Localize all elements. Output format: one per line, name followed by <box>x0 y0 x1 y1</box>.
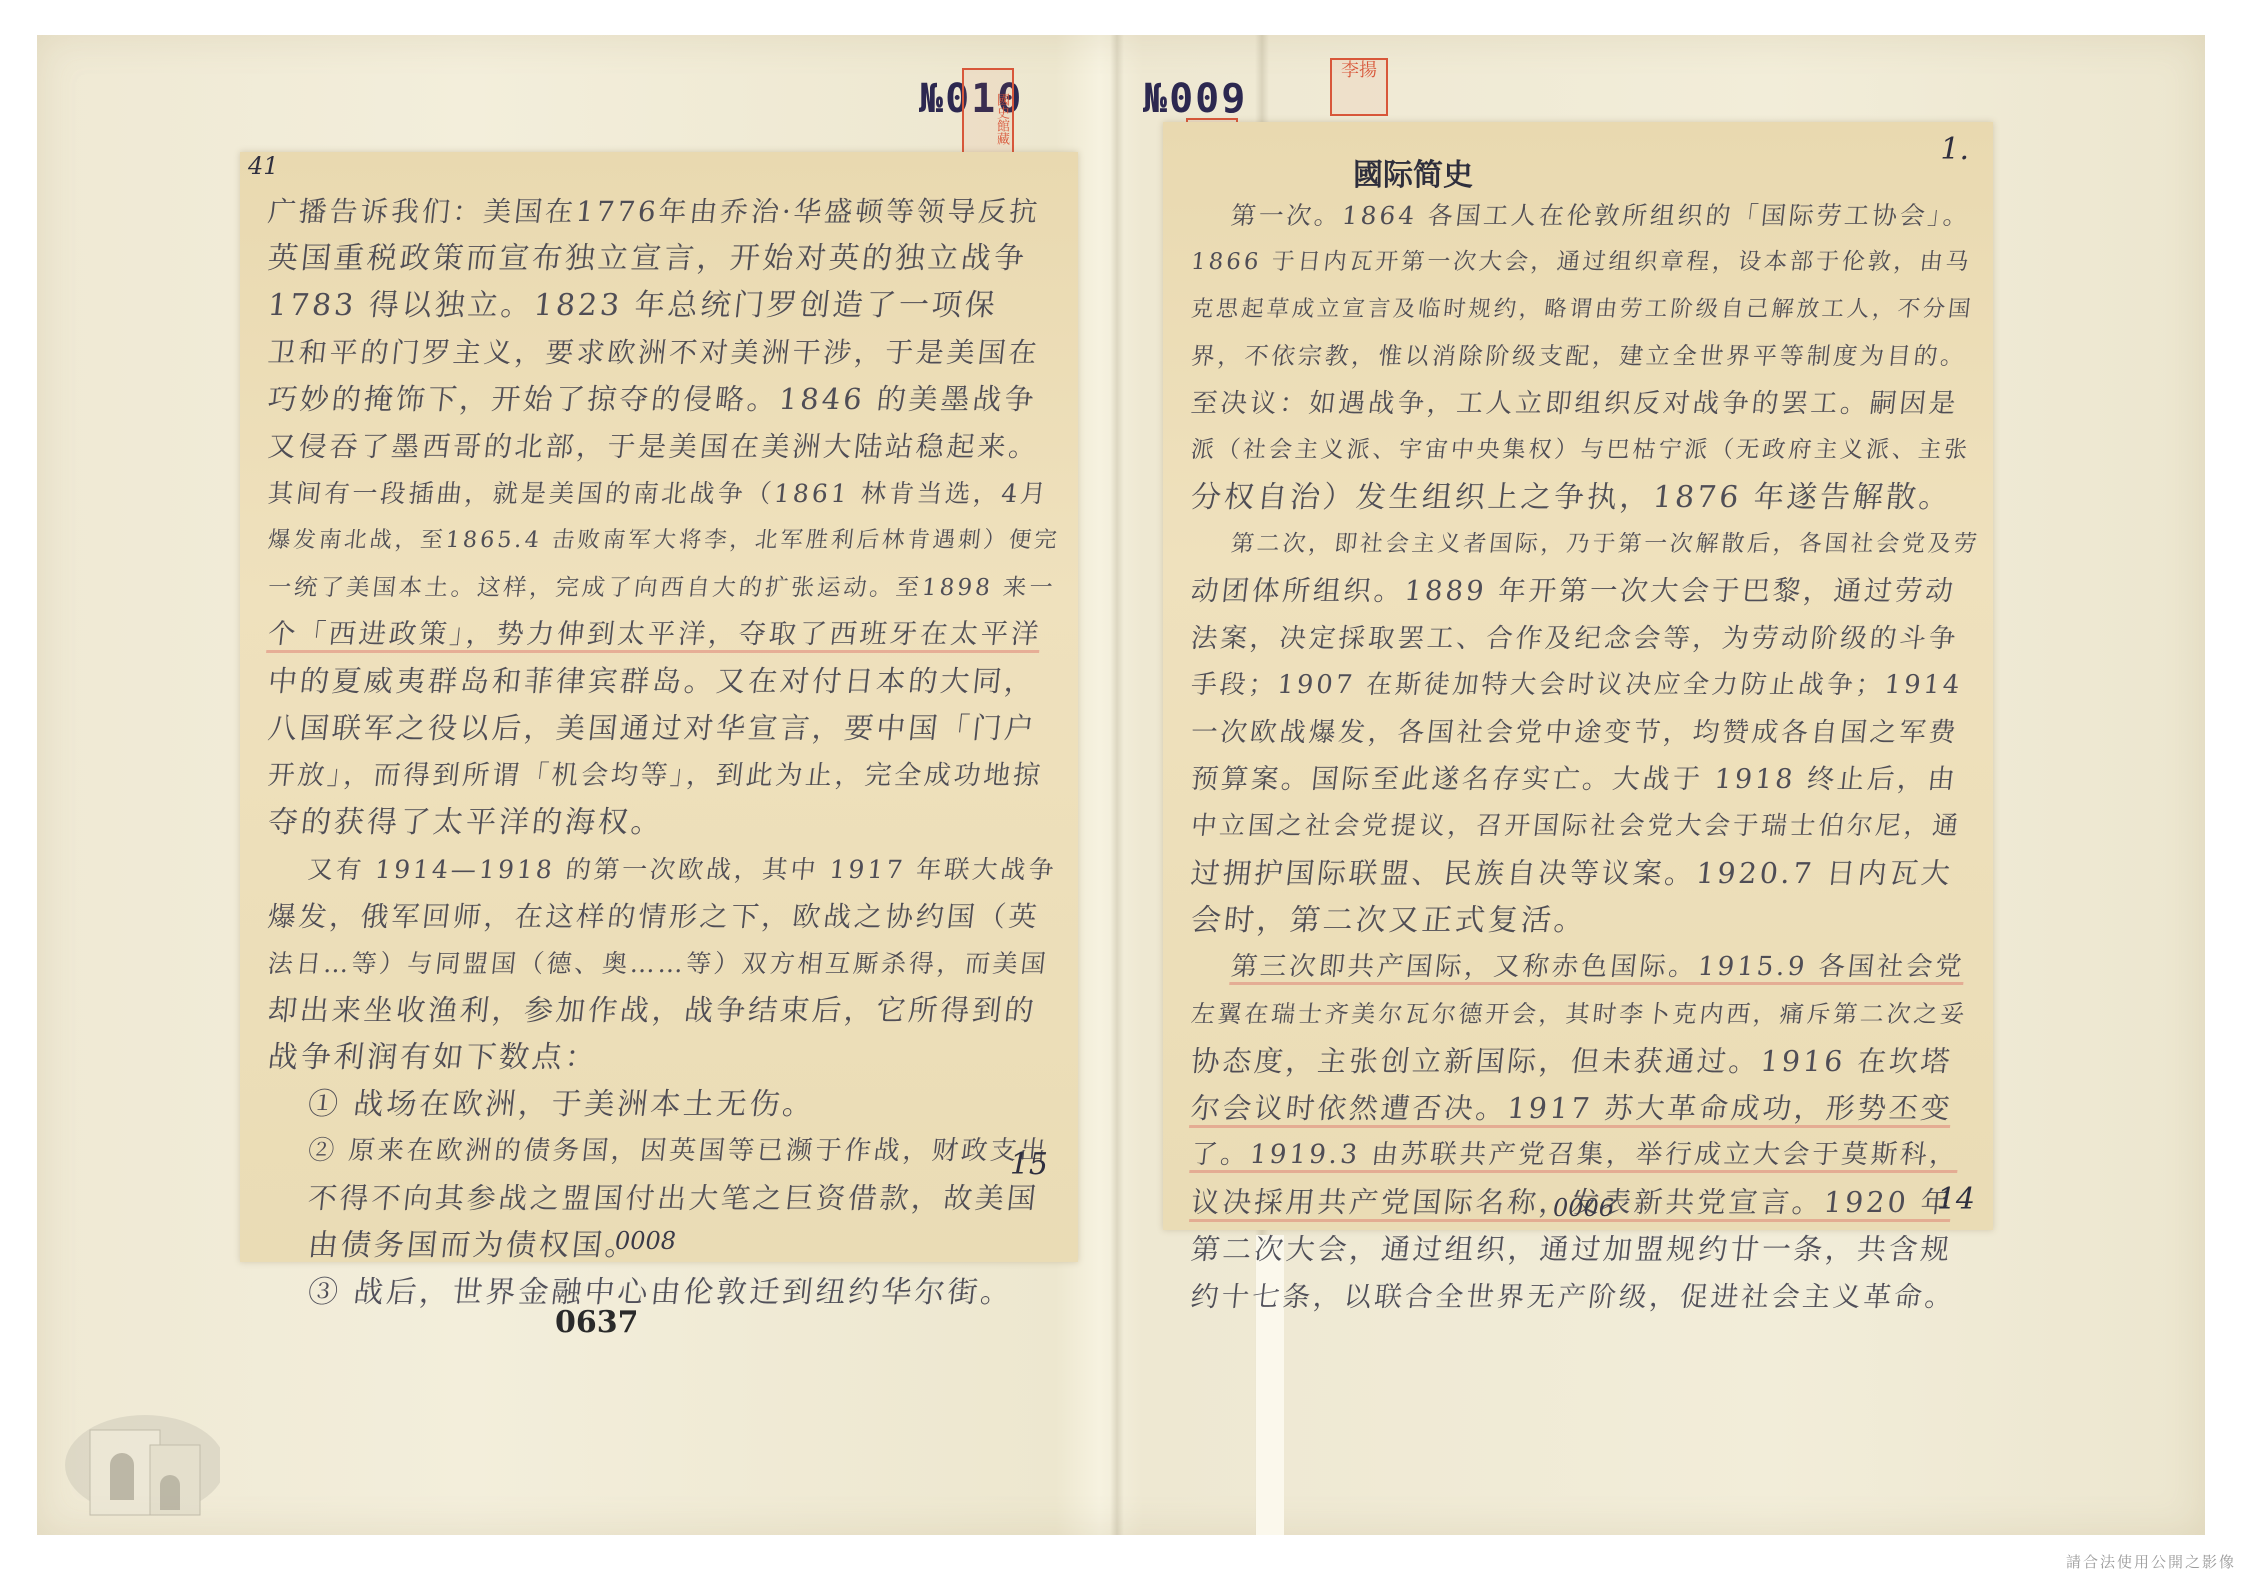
handwritten-line: 战争利润有如下数点： <box>266 1034 1053 1081</box>
left-sheet-text: 广播告诉我们：美国在1776年由乔治·华盛顿等领导反抗英国重税政策而宣布独立宣言… <box>268 188 1050 1316</box>
archive-page-number: 0006 <box>1553 1194 1614 1222</box>
handwritten-line: 不得不向其参战之盟国付出大笔之巨资借款，故美国 <box>266 1175 1053 1222</box>
sheet-title: 國际简史 <box>1353 150 1473 194</box>
handwritten-line: 中的夏威夷群岛和菲律宾群岛。又在对付日本的大同， <box>266 658 1053 705</box>
handwritten-line: 过拥护国际联盟、民族自决等议案。1920.7 日内瓦大 <box>1189 850 1968 897</box>
catalog-number: 0637 <box>555 1305 639 1340</box>
handwritten-line: 协态度，主张创立新国际，但未获通过。1916 在坎塔 <box>1189 1038 1968 1085</box>
serial-right: №009 <box>1143 76 1247 122</box>
handwritten-line: 至决议：如遇战争，工人立即组织反对战争的罢工。嗣因是 <box>1189 380 1968 427</box>
handwritten-line: 广播告诉我们：美国在1776年由乔治·华盛顿等领导反抗 <box>266 188 1053 235</box>
center-fold <box>1110 35 1124 1535</box>
handwritten-line: ③ 战后，世界金融中心由伦敦迁到纽约华尔街。 <box>266 1269 1053 1316</box>
archive-page-number: 0008 <box>615 1227 676 1255</box>
handwritten-line: 英国重税政策而宣布独立宣言，开始对英的独立战争 <box>266 235 1053 282</box>
handwritten-line: 卫和平的门罗主义，要求欧洲不对美洲干涉，于是美国在 <box>266 329 1053 376</box>
handwritten-line: 第一次。1864 各国工人在伦敦所组织的「国际劳工协会」。 <box>1189 192 1968 239</box>
handwritten-line: 开放」，而得到所谓「机会均等」，到此为止，完全成功地掠 <box>266 752 1053 799</box>
right-handwritten-sheet: 國际简史 1. 第一次。1864 各国工人在伦敦所组织的「国际劳工协会」。186… <box>1163 122 1993 1230</box>
right-sheet-text: 第一次。1864 各国工人在伦敦所组织的「国际劳工协会」。1866 于日内瓦开第… <box>1191 192 1965 1320</box>
handwritten-line: 1866 于日内瓦开第一次大会，通过组织章程，设本部于伦敦，由马 <box>1189 239 1968 286</box>
handwritten-line: 夺的获得了太平洋的海权。 <box>266 799 1053 846</box>
handwritten-line: 手段；1907 在斯徒加特大会时议决应全力防止战争；1914 <box>1189 662 1968 709</box>
handwritten-line: 分权自治）发生组织上之争执，1876 年遂告解散。 <box>1189 474 1968 521</box>
handwritten-line: 法案，决定採取罢工、合作及纪念会等，为劳动阶级的斗争 <box>1189 615 1968 662</box>
handwritten-line: 中立国之社会党提议，召开国际社会党大会于瑞士伯尔尼，通 <box>1189 803 1968 850</box>
handwritten-line: 预算案。国际至此遂名存实亡。大战于 1918 终止后，由 <box>1189 756 1968 803</box>
handwritten-line: 了。1919.3 由苏联共产党召集，举行成立大会于莫斯科， <box>1189 1132 1968 1179</box>
handwritten-line: 第二次大会，通过组织，通过加盟规约廿一条，共含规 <box>1189 1226 1968 1273</box>
handwritten-line: 爆发，俄军回师，在这样的情形之下，欧战之协约国（英 <box>266 893 1053 940</box>
seal-stamp-personal: 李揚 <box>1330 58 1388 116</box>
page-number: 15 <box>1010 1147 1048 1182</box>
handwritten-line: 界，不依宗教，惟以消除阶级支配，建立全世界平等制度为目的。 <box>1189 333 1968 380</box>
handwritten-line: 尔会议时依然遭否决。1917 苏大革命成功，形势丕变 <box>1189 1085 1968 1132</box>
handwritten-line: 一次欧战爆发，各国社会党中途变节，均赞成各自国之军费 <box>1189 709 1968 756</box>
handwritten-line: 法日…等）与同盟国（德、奥……等）双方相互厮杀得，而美国 <box>266 940 1053 987</box>
usage-notice: 請合法使用公開之影像 <box>2066 1551 2236 1572</box>
handwritten-line: 却出来坐收渔利，参加作战，战争结束后，它所得到的 <box>266 987 1053 1034</box>
handwritten-line: 左翼在瑞士齐美尔瓦尔德开会，其时李卜克内西，痛斥第二次之妥 <box>1189 991 1968 1038</box>
handwritten-line: 其间有一段插曲，就是美国的南北战争（1861 林肯当选，4月 <box>266 470 1053 517</box>
handwritten-line: 又侵吞了墨西哥的北部，于是美国在美洲大陆站稳起来。 <box>266 423 1053 470</box>
handwritten-line: 又有 1914—1918 的第一次欧战，其中 1917 年联大战争 <box>266 846 1053 893</box>
handwritten-line: 第三次即共产国际，又称赤色国际。1915.9 各国社会党 <box>1189 944 1968 991</box>
page-number: 1. <box>1940 132 1969 167</box>
corner-page: 14 <box>1937 1182 1975 1217</box>
handwritten-line: 动团体所组织。1889 年开第一次大会于巴黎，通过劳动 <box>1189 568 1968 615</box>
handwritten-line: 克思起草成立宣言及临时规约，略谓由劳工阶级自己解放工人，不分国 <box>1189 286 1968 333</box>
handwritten-line: 巧妙的掩饰下，开始了掠夺的侵略。1846 的美墨战争 <box>266 376 1053 423</box>
handwritten-line: 八国联军之役以后，美国通过对华宣言，要中国「门户 <box>266 705 1053 752</box>
handwritten-line: 个「西进政策」，势力伸到太平洋，夺取了西班牙在太平洋 <box>266 611 1053 658</box>
handwritten-line: ① 战场在欧洲，于美洲本土无伤。 <box>266 1081 1053 1128</box>
handwritten-line: 派（社会主义派、宇宙中央集权）与巴枯宁派（无政府主义派、主张 <box>1189 427 1968 474</box>
handwritten-line: 约十七条，以联合全世界无产阶级，促进社会主义革命。 <box>1189 1273 1968 1320</box>
handwritten-line: ② 原来在欧洲的债务国，因英国等已濒于作战，财政支出 <box>266 1128 1053 1175</box>
handwritten-line: 会时，第二次又正式复活。 <box>1189 897 1968 944</box>
handwritten-line: 第二次，即社会主义者国际，乃于第一次解散后，各国社会党及劳 <box>1189 521 1968 568</box>
handwritten-line: 1783 得以独立。1823 年总统门罗创造了一项保 <box>266 282 1053 329</box>
corner-mark: 41 <box>248 152 279 180</box>
left-handwritten-sheet: 41 广播告诉我们：美国在1776年由乔治·华盛顿等领导反抗英国重税政策而宣布独… <box>240 152 1078 1262</box>
handwritten-line: 一统了美国本土。这样，完成了向西自大的扩张运动。至1898 来一 <box>266 564 1053 611</box>
handwritten-line: 爆发南北战，至1865.4 击败南军大将李，北军胜利后林肯遇刺）便完 <box>266 517 1053 564</box>
archive-logo-icon <box>50 1390 220 1525</box>
